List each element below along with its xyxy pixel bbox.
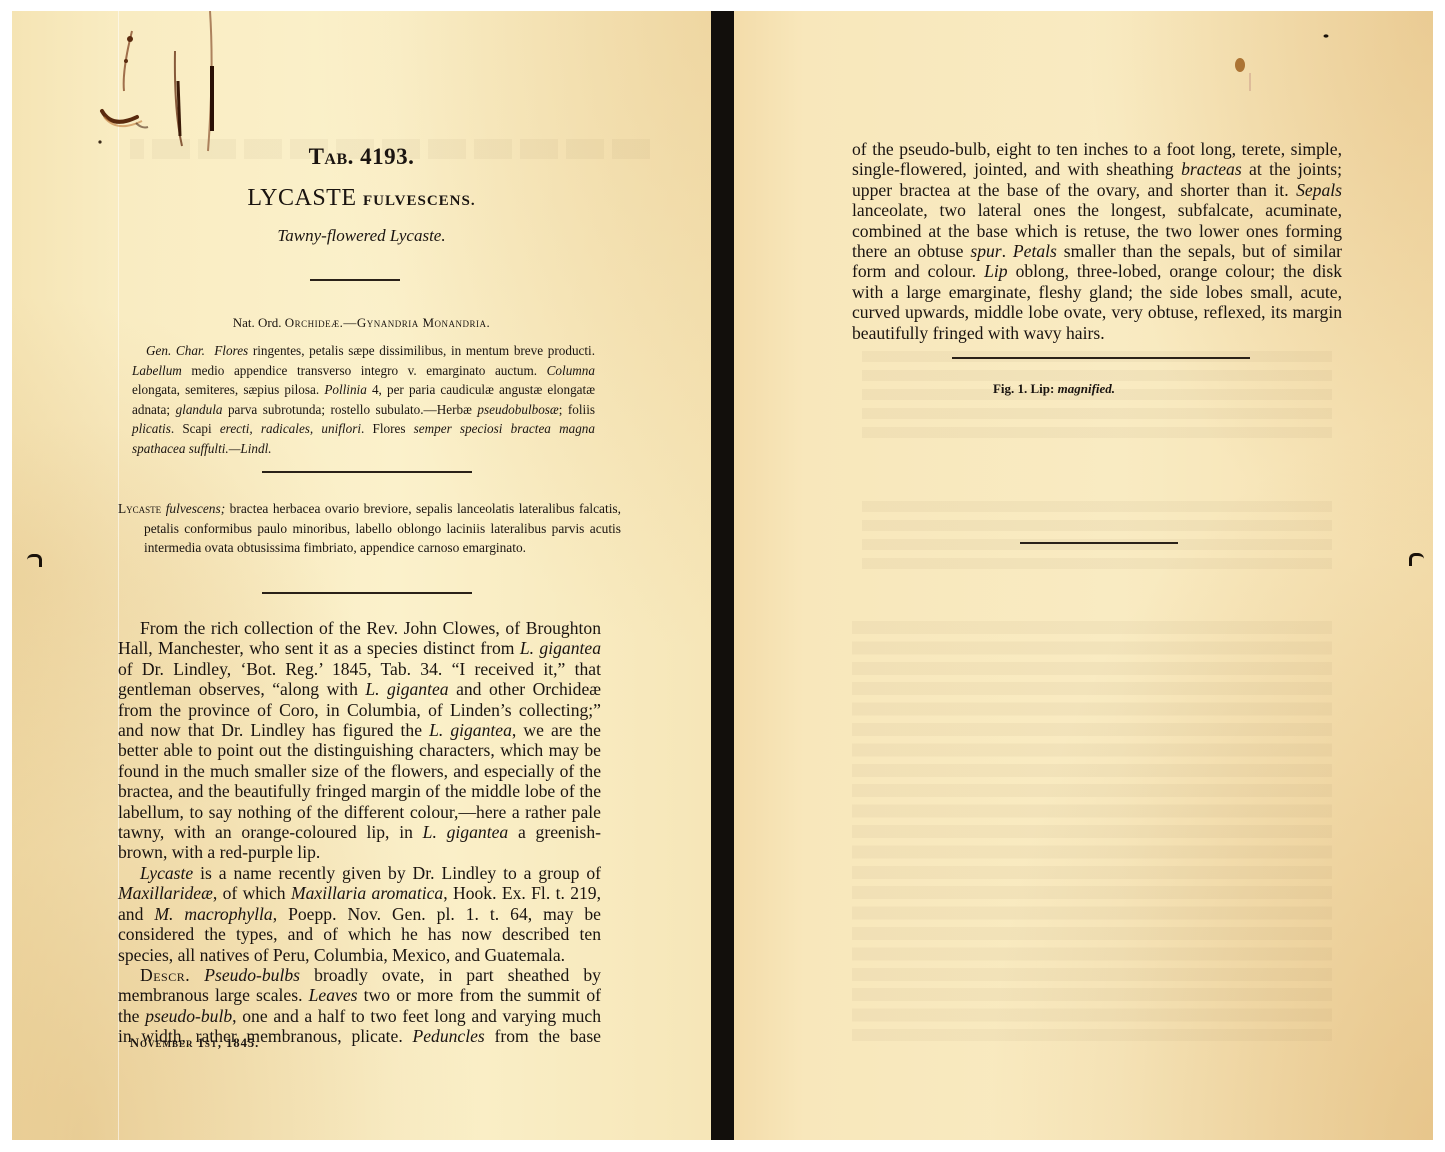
italic-text: glandula <box>176 402 223 417</box>
italic-text: L. gigantea <box>429 720 512 740</box>
species-char-genus: Lycaste <box>118 501 161 516</box>
italic-text: M. macrophylla <box>154 904 272 924</box>
italic-text: Leaves <box>309 985 358 1005</box>
italic-text: bracteas <box>1181 159 1242 179</box>
italic-text: Lip <box>984 261 1007 281</box>
species-title: LYCASTE fulvescens. <box>12 185 711 212</box>
book-spread: Tab. 4193. LYCASTE fulvescens. Tawny-flo… <box>12 11 1433 1140</box>
edge-ink-mark <box>1409 553 1424 566</box>
italic-text: Sepals <box>1296 180 1342 200</box>
description-continuation: of the pseudo-bulb, eight to ten inches … <box>852 139 1342 343</box>
plate-number: Tab. 4193. <box>12 144 711 170</box>
italic-text: Pseudo-bulbs <box>204 965 300 985</box>
edge-ink-mark <box>27 554 42 567</box>
right-page: of the pseudo-bulb, eight to ten inches … <box>734 11 1433 1140</box>
italic-text: Petals <box>1013 241 1057 261</box>
speck <box>1322 33 1330 39</box>
text-run: ringentes, petalis sæpe dissimilibus, in… <box>248 343 595 358</box>
italic-text: pseudobulbosæ <box>477 402 558 417</box>
show-through-block <box>852 621 1332 1041</box>
species-char-species: fulvescens; <box>166 501 226 516</box>
show-through-block <box>862 501 1332 571</box>
main-body-text: From the rich collection of the Rev. Joh… <box>118 618 601 1047</box>
text-run <box>190 965 204 985</box>
generic-character: Gen. Char. Flores ringentes, petalis sæp… <box>132 341 595 458</box>
text-run: ; foliis <box>559 402 595 417</box>
italic-text: Columna <box>547 363 595 378</box>
text-run: . Flores <box>361 421 414 436</box>
nat-ord-label: Nat. Ord. <box>233 315 282 330</box>
italic-text: Peduncles <box>412 1026 484 1046</box>
common-name: Tawny-flowered Lycaste. <box>12 226 711 246</box>
fig-caption-italic: magnified. <box>1058 381 1115 396</box>
text-run: . <box>1002 241 1013 261</box>
italic-text: plicatis <box>132 421 171 436</box>
species-name: fulvescens. <box>363 193 476 209</box>
text-run: medio appendice transverso integro v. em… <box>182 363 547 378</box>
fig-caption-prefix: Fig. 1. Lip: <box>993 381 1054 396</box>
figure-caption: Fig. 1. Lip: magnified. <box>734 381 1374 397</box>
caption-rule <box>952 357 1250 359</box>
text-run: . Scapi <box>171 421 220 436</box>
text-run: from the base <box>485 1026 601 1046</box>
body-paragraph: of the pseudo-bulb, eight to ten inches … <box>852 139 1342 343</box>
body-paragraph: From the rich collection of the Rev. Joh… <box>118 618 601 863</box>
gen-char-label: Gen. Char. <box>146 343 205 358</box>
italic-text: erecti, radicales, uniflori <box>220 421 361 436</box>
smallcaps-text: Descr. <box>140 965 190 985</box>
text-run: is a name recently given by Dr. Lindley … <box>193 863 601 883</box>
italic-text: L. gigantea <box>365 679 448 699</box>
body-paragraph: Lycaste is a name recently given by Dr. … <box>118 863 601 965</box>
nat-ord-value: Orchideæ.—Gynandria Monandria. <box>285 315 491 330</box>
plate-number-value: 4193. <box>360 144 414 169</box>
text-run: elongata, semiteres, sæpius pilosa. <box>132 382 324 397</box>
section-rule-2 <box>262 592 472 594</box>
section-rule <box>1020 542 1178 544</box>
ink-stain-marks <box>82 11 232 161</box>
stain-spot <box>1228 51 1258 91</box>
natural-order: Nat. Ord. Orchideæ.—Gynandria Monandria. <box>12 315 711 331</box>
specific-character: Lycaste fulvescens; bractea herbacea ova… <box>118 499 621 558</box>
publication-date: November 1st, 1845. <box>130 1036 259 1051</box>
italic-text: L. gigantea <box>423 822 509 842</box>
italic-text: pseudo-bulb <box>145 1006 232 1026</box>
book-gutter <box>711 11 734 1140</box>
italic-text: Maxillarideæ <box>118 883 213 903</box>
italic-text: Maxillaria aromatica <box>291 883 443 903</box>
italic-text: spur <box>970 241 1001 261</box>
title-rule <box>310 279 400 281</box>
genus-name: LYCASTE <box>247 185 356 211</box>
italic-text: Pollinia <box>324 382 367 397</box>
plate-label: Tab. <box>309 144 354 169</box>
italic-text: L. gigantea <box>520 638 601 658</box>
body-paragraph: Descr. Pseudo-bulbs broadly ovate, in pa… <box>118 965 601 1047</box>
gen-char-body: Flores ringentes, petalis sæpe dissimili… <box>132 343 595 456</box>
text-run: , of which <box>213 883 291 903</box>
italic-text: Flores <box>214 343 248 358</box>
italic-text: Lycaste <box>140 863 193 883</box>
left-page: Tab. 4193. LYCASTE fulvescens. Tawny-flo… <box>12 11 711 1140</box>
italic-text: Labellum <box>132 363 182 378</box>
text-run: parva subrotunda; rostello subulato.—Her… <box>222 402 477 417</box>
section-rule-1 <box>262 471 472 473</box>
